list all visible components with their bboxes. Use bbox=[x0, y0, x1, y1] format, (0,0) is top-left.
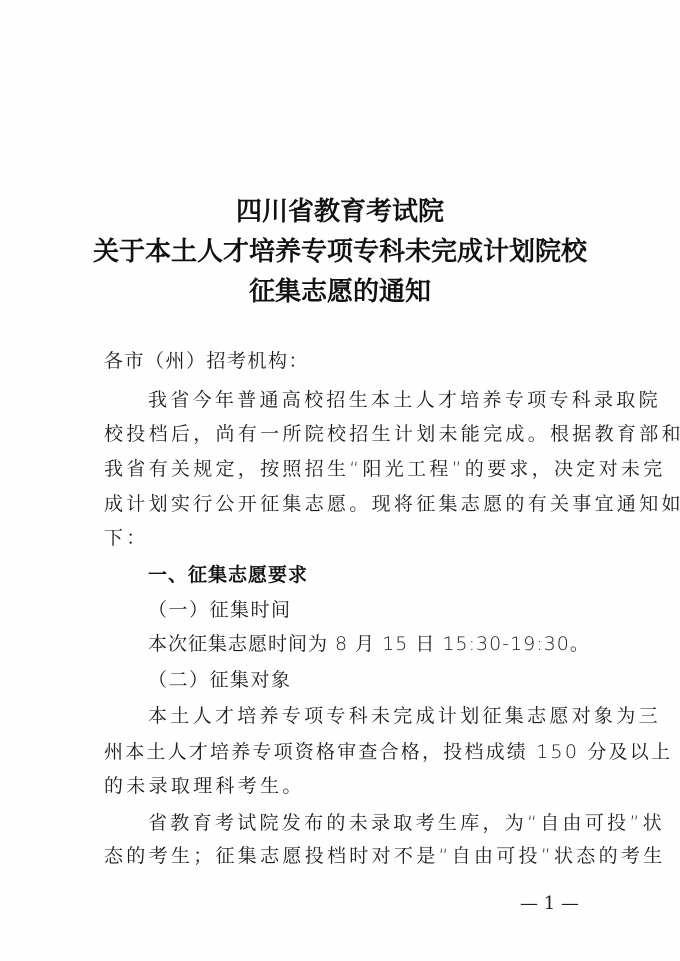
intro-line-5: 下： bbox=[104, 525, 584, 551]
document-title-line-3: 征集志愿的通知 bbox=[0, 272, 680, 312]
section-1-heading: 一、征集志愿要求 bbox=[148, 562, 628, 588]
page-number: — 1 — bbox=[520, 893, 579, 914]
document-title-line-1: 四川省教育考试院 bbox=[0, 192, 680, 232]
intro-line-4: 成计划实行公开征集志愿。现将征集志愿的有关事宜通知如 bbox=[104, 491, 584, 517]
subsection-2-para2-line-2: 态的考生；征集志愿投档时对不是“自由可投”状态的考生 bbox=[104, 843, 584, 869]
salutation: 各市（州）招考机构： bbox=[104, 348, 584, 374]
subsection-2-heading: （二）征集对象 bbox=[148, 667, 628, 693]
intro-line-3: 我省有关规定，按照招生“阳光工程”的要求，决定对未完 bbox=[104, 456, 584, 482]
intro-line-1: 我省今年普通高校招生本土人才培养专项专科录取院 bbox=[148, 387, 628, 413]
intro-line-2: 校投档后，尚有一所院校招生计划未能完成。根据教育部和 bbox=[104, 421, 584, 447]
subsection-2-para1-line-2: 州本土人才培养专项资格审查合格，投档成绩 150 分及以上 bbox=[104, 739, 584, 765]
subsection-2-para2-line-1: 省教育考试院发布的未录取考生库，为“自由可投”状 bbox=[148, 810, 628, 836]
subsection-1-heading: （一）征集时间 bbox=[148, 597, 628, 623]
document-title-line-2: 关于本土人才培养专项专科未完成计划院校 bbox=[0, 232, 680, 272]
subsection-2-para1-line-3: 的未录取理科考生。 bbox=[104, 773, 584, 799]
subsection-1-text: 本次征集志愿时间为 8 月 15 日 15:30-19:30。 bbox=[148, 631, 628, 657]
subsection-2-para1-line-1: 本土人才培养专项专科未完成计划征集志愿对象为三 bbox=[148, 703, 628, 729]
document-page: 四川省教育考试院 关于本土人才培养专项专科未完成计划院校 征集志愿的通知 各市（… bbox=[0, 0, 680, 961]
